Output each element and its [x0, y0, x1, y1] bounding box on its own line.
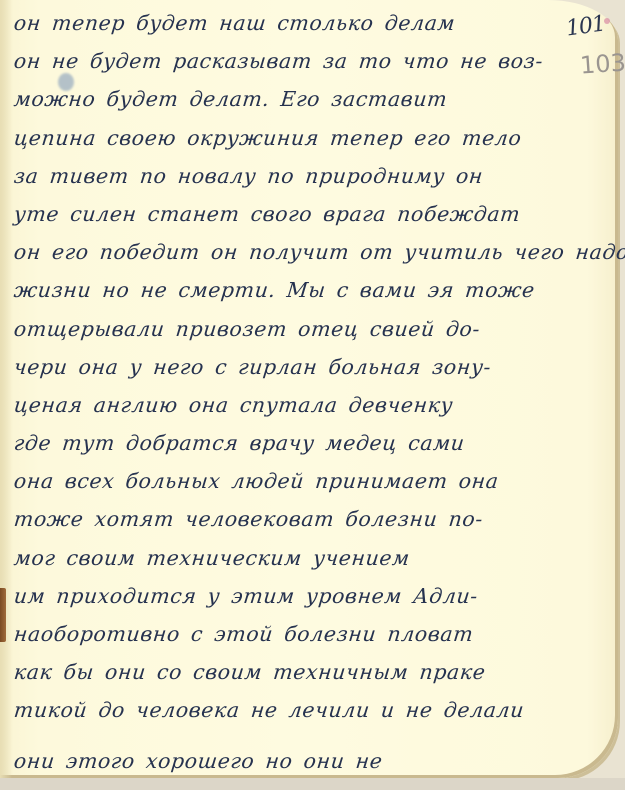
binding-shadow	[0, 0, 12, 778]
text-line-15: мог своим техническим учением	[12, 539, 564, 577]
text-line-5: за тивет по новалу по природниму он	[12, 157, 564, 195]
text-line-10: чери она у него с гирлан больная зону-	[12, 348, 564, 386]
brown-tab-marker	[0, 588, 6, 642]
text-line-17: наоборотивно с этой болезни пловат	[12, 615, 564, 653]
scanner-bed-edge	[0, 778, 625, 790]
text-line-14: тоже хотят человековат болезни по-	[12, 500, 564, 538]
text-line-16: им приходится у этим уровнем Адли-	[12, 577, 564, 615]
handwritten-text-block: он тепер будет наш столько делам он не б…	[14, 4, 562, 780]
text-line-4: цепина своею окружиния тепер его тело	[12, 119, 564, 157]
text-line-9: отщерывали привозет отец свией до-	[12, 310, 564, 348]
scanned-page: 101 103 он тепер будет наш столько делам…	[0, 0, 625, 790]
text-line-7: он его победит он получит от учитиль чег…	[12, 233, 564, 271]
notebook-page: 101 103 он тепер будет наш столько делам…	[0, 0, 618, 778]
text-line-1: он тепер будет наш столько делам	[12, 4, 564, 42]
text-line-20: они этого хорошего но они не	[12, 742, 564, 780]
text-line-19: тикой до человека не лечили и не делали	[12, 691, 564, 729]
text-line-2: он не будет расказыват за то что не вoз-	[12, 42, 564, 80]
text-line-12: где тут добратся врачу медец сами	[12, 424, 564, 462]
text-line-6: уте силен станет свого врага побеждат	[12, 195, 564, 233]
page-number-ink: 101	[564, 11, 606, 41]
text-line-8: жизни но не смерти. Мы с вами эя тоже	[12, 271, 564, 309]
text-line-13: она всех больных людей принимает она	[12, 462, 564, 500]
text-line-3: можно будет делат. Его заставит	[12, 80, 564, 118]
pink-ink-dot	[604, 18, 610, 24]
page-number-pencil: 103	[579, 48, 625, 79]
text-line-11: ценая англию она спутала девченку	[12, 386, 564, 424]
text-line-18: как бы они со своим техничным праке	[12, 653, 564, 691]
